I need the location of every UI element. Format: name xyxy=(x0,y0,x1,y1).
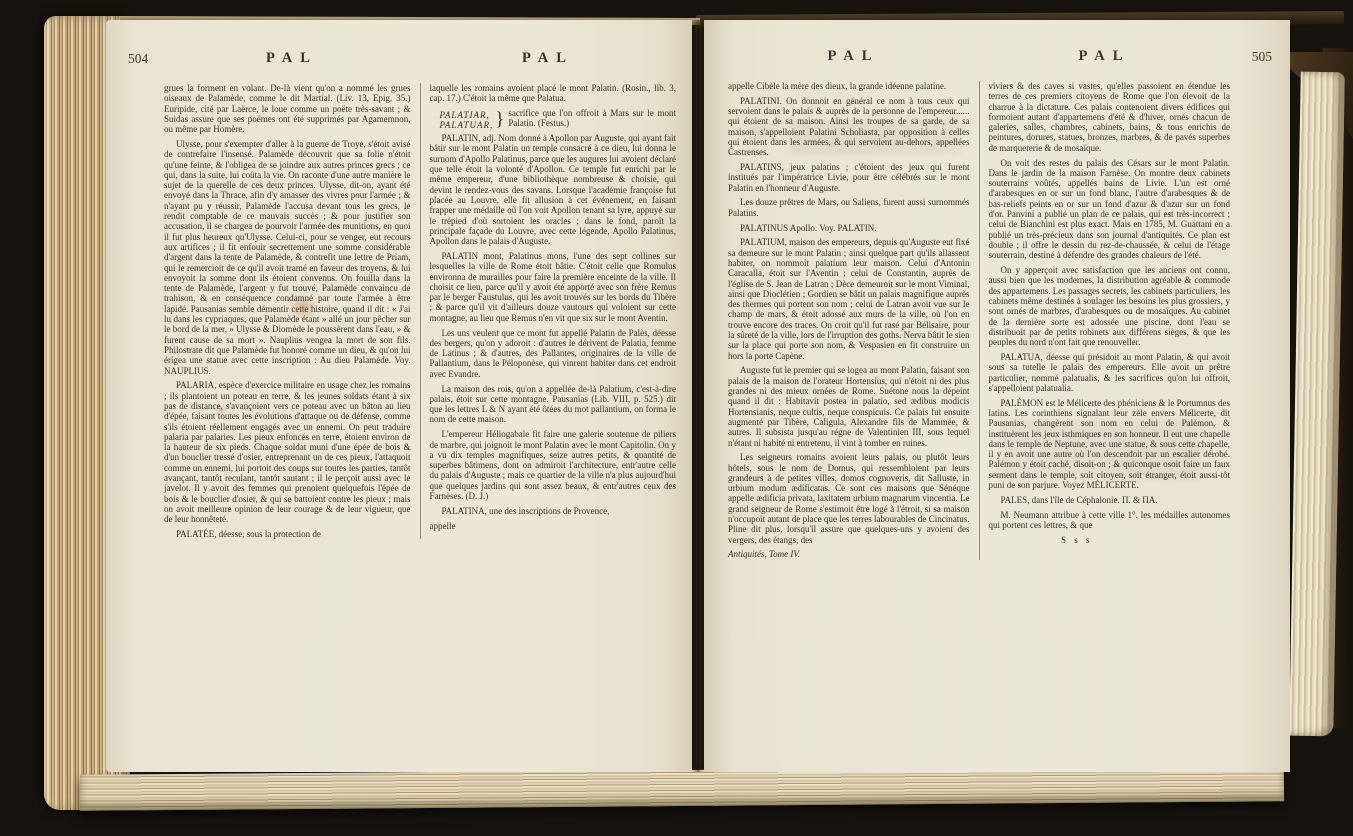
entry-palatinus-apollo: PALATINUS Apollo. Voy. PALATIN. xyxy=(728,223,970,233)
brace-group: PALATIAR, PALATUAR, } xyxy=(440,109,505,131)
column-rule xyxy=(420,83,421,539)
paragraph-auguste-palais: Auguste fut le premier qui se logea au m… xyxy=(728,365,970,447)
column-4: viviers & des caves si vastes, qu'elles … xyxy=(989,81,1231,560)
entry-palatiar-text: sacrifice que l'on offroit à Mars sur le… xyxy=(508,108,676,128)
paragraph-saliens: Les douze prêtres de Mars, ou Saliens, f… xyxy=(728,197,970,218)
book-spread: 504 PAL PAL grues la forment en volant. … xyxy=(106,20,1290,772)
book-bottom-page-edges xyxy=(80,765,1284,810)
column-rule xyxy=(979,81,980,560)
paragraph-neumann: M. Neumann attribue à cette ville 1°. le… xyxy=(989,510,1231,531)
entry-palatina: PALATINA, une des inscriptions de Proven… xyxy=(430,506,677,516)
entry-palatee-catchline: PALATÉE, déesse, sous la protection de xyxy=(164,529,411,539)
running-title: PAL xyxy=(1079,48,1131,72)
entry-palatee-continuation: laquelle les romains avoient placé le mo… xyxy=(430,83,677,104)
paragraph-seigneurs-romains: Les seigneurs romains avoient leurs pala… xyxy=(728,452,970,545)
gutter-shadow xyxy=(692,20,704,772)
paragraph-ulysse: Ulysse, pour s'exempter d'aller à la gue… xyxy=(164,139,411,376)
column-1: grues la forment en volant. De-là vient … xyxy=(164,83,411,539)
brace-icon: } xyxy=(495,109,504,131)
page-504: 504 PAL PAL grues la forment en volant. … xyxy=(106,20,692,772)
photo-background: 504 PAL PAL grues la forment en volant. … xyxy=(0,0,1353,836)
entry-palatina-continuation: appelle Cibèle la mère des dieux, la gra… xyxy=(728,81,970,91)
page-number: 505 xyxy=(1252,49,1272,65)
paragraph-distribution: On y apperçoit avec satisfaction que les… xyxy=(989,265,1231,347)
paragraph-les-uns: Les uns veulent que ce mont fut appellé … xyxy=(430,328,677,379)
entry-pales: PALES, dans l'île de Céphalonie. Π. & ΠΑ… xyxy=(989,495,1231,505)
entry-palatium: PALATIUM, maison des empereurs, depuis q… xyxy=(728,237,970,361)
running-head-left-page: 504 PAL PAL xyxy=(164,50,676,74)
entry-palemon: PALÉMON est le Mélicerte des phéniciens … xyxy=(989,398,1231,491)
entry-palatua: PALATUA, déesse qui présidoit au mont Pa… xyxy=(989,352,1231,393)
entry-palamede-continuation: grues la forment en volant. De-là vient … xyxy=(164,83,411,134)
headword-palatuar: PALATUAR, xyxy=(440,120,494,130)
column-3: appelle Cibèle la mère des dieux, la gra… xyxy=(728,81,970,560)
catchword: appelle xyxy=(430,521,677,531)
gathering-signature: S s s xyxy=(989,535,1231,545)
page-505: PAL PAL 505 appelle Cibèle la mère des d… xyxy=(704,20,1290,772)
running-head-right-page: PAL PAL 505 xyxy=(728,48,1230,72)
running-title: PAL xyxy=(266,50,318,74)
entry-palatin-adj: PALATIN, adj. Nom donné à Apollon par Au… xyxy=(430,133,677,246)
volume-footer: Antiquités, Tome IV. xyxy=(728,549,970,559)
column-2: laquelle les romains avoient placé le mo… xyxy=(430,83,677,539)
paragraph-heliogabale: L'empereur Héliogabale fit faire une gal… xyxy=(430,429,677,501)
paragraph-viviers-continuation: viviers & des caves si vastes, qu'elles … xyxy=(989,81,1231,153)
entry-palatiar: PALATIAR, PALATUAR, } sacrifice que l'on… xyxy=(430,108,677,129)
entry-palatin-mont: PALATIN mont, Palatinus mons, l'une des … xyxy=(430,251,677,323)
paragraph-restes-palais: On voit des restes du palais des Césars … xyxy=(989,158,1231,261)
headword-palatiar: PALATIAR, xyxy=(440,110,494,120)
running-title: PAL xyxy=(828,48,880,72)
running-title: PAL xyxy=(522,50,574,74)
entry-palatins: PALATINS, jeux palatins ; c'étoient des … xyxy=(728,162,970,193)
paragraph-maison-des-rois: La maison des rois, qu'on a appellée de-… xyxy=(430,384,677,425)
page-number: 504 xyxy=(128,51,148,67)
entry-palatini: PALATINI. On donnoit en général ce nom à… xyxy=(728,96,970,158)
entry-palaria: PALARIA, espèce d'exercice militaire en … xyxy=(164,380,411,524)
